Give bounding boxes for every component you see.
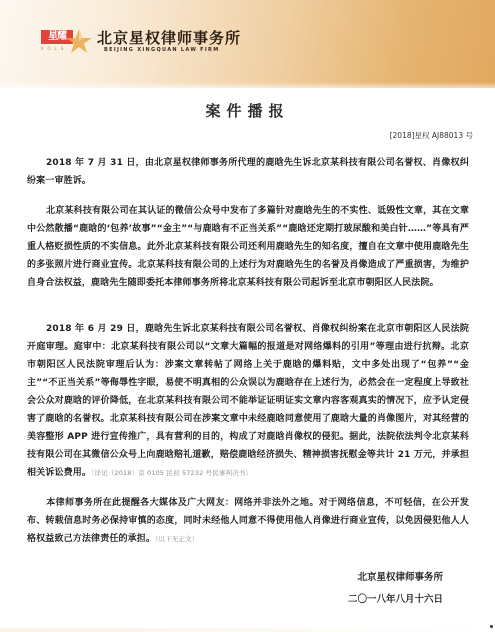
paragraph-text: 北京某科技有限公司在其认证的微信公众号中发布了多篇针对鹿晗先生的不实性、诋毁性文… [27, 206, 469, 288]
banner-fade [0, 82, 495, 92]
paragraph-1: 2018 年 7 月 31 日，由北京星权律师事务所代理的鹿晗先生诉北京某科技有… [27, 154, 469, 190]
firm-name-en: BEIJING XINGQUAN LAW FIRM [104, 47, 219, 53]
signature-date: 二〇一八年八月十六日 [348, 591, 443, 605]
paragraph-2: 北京某科技有限公司在其认证的微信公众号中发布了多篇针对鹿晗先生的不实性、诋毁性文… [27, 202, 469, 292]
page-edge [0, 628, 495, 632]
paragraph-text: 2018 年 6 月 29 日，鹿晗先生诉北京某科技有限公司名誉权、肖像权纠纷案… [27, 324, 469, 478]
paragraph-text: 2018 年 7 月 31 日，由北京星权律师事务所代理的鹿晗先生诉北京某科技有… [27, 158, 469, 186]
page-dot [490, 625, 493, 628]
signature-firm: 北京星权律师事务所 [357, 569, 443, 583]
paragraph-text: 本律师事务所在此提醒各大媒体及广大网友：网络并非法外之地。对于网络信息，不可轻信… [27, 498, 469, 544]
document-title: 案件播报 [0, 100, 495, 121]
star-icon [64, 27, 94, 55]
end-note: （以下无正文） [155, 535, 198, 543]
paragraph-3: 2018 年 6 月 29 日，鹿晗先生诉北京某科技有限公司名誉权、肖像权纠纷案… [27, 320, 469, 482]
paragraph-4: 本律师事务所在此提醒各大媒体及广大网友：网络并非法外之地。对于网络信息，不可轻信… [27, 494, 469, 548]
firm-name-cn: 北京星权律师事务所 [97, 27, 241, 48]
document-number: [2018]星权 AJ88013 号 [390, 130, 473, 141]
judgment-reference: 〔详见（2018）京 0105 民初 57232 号民事判决书〕 [91, 469, 252, 477]
